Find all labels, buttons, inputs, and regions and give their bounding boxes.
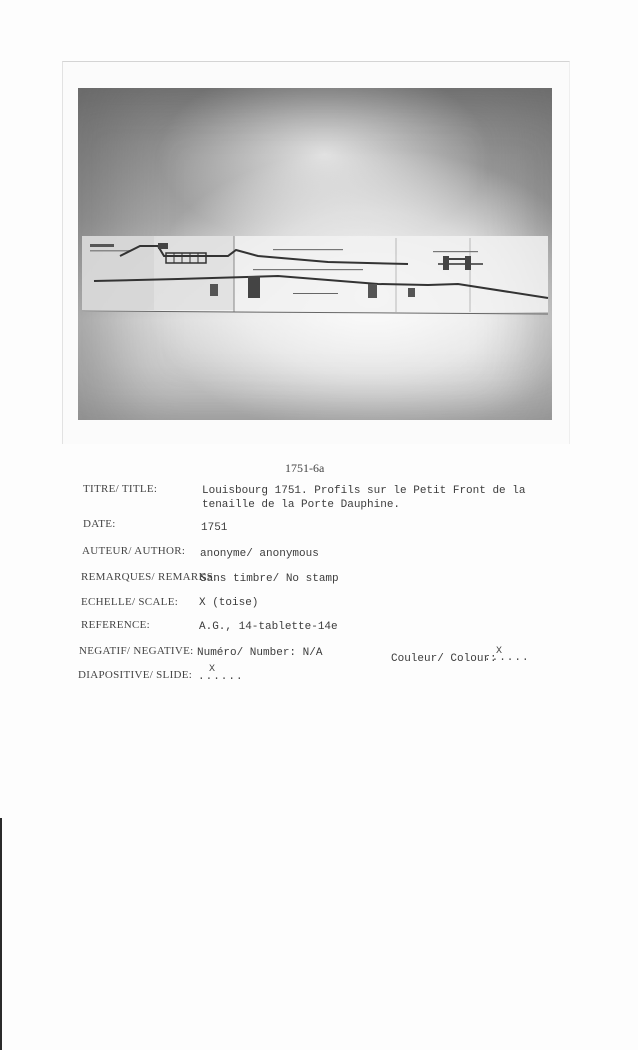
- scan-edge: [0, 818, 2, 1050]
- profile-drawing-sketch: [78, 88, 552, 420]
- date-label: DATE:: [83, 518, 116, 530]
- archival-photograph: [78, 88, 552, 420]
- negative-label: NEGATIF/ NEGATIVE:: [79, 645, 193, 657]
- scale-value: X (toise): [199, 597, 258, 609]
- colour-dots: ......: [484, 652, 530, 664]
- author-label: AUTEUR/ AUTHOR:: [82, 545, 185, 557]
- title-label: TITRE/ TITLE:: [83, 483, 157, 495]
- title-value-line1: Louisbourg 1751. Profils sur le Petit Fr…: [202, 485, 525, 497]
- scale-label: ECHELLE/ SCALE:: [81, 596, 178, 608]
- reference-value: A.G., 14-tablette-14e: [199, 621, 338, 633]
- remarks-label: REMARQUES/ REMARKS:: [81, 571, 217, 583]
- reference-label: REFERENCE:: [81, 619, 150, 631]
- colour-label: Couleur/ Colour:: [391, 653, 497, 665]
- negative-value: Numéro/ Number: N/A: [197, 647, 322, 659]
- slide-label: DIAPOSITIVE/ SLIDE:: [78, 669, 192, 681]
- author-value: anonyme/ anonymous: [200, 548, 319, 560]
- title-value-line2: tenaille de la Porte Dauphine.: [202, 499, 400, 511]
- date-value: 1751: [201, 522, 227, 534]
- remarks-value: Sans timbre/ No stamp: [200, 573, 339, 585]
- reference-number: 1751-6a: [285, 461, 324, 476]
- slide-dots: ......: [198, 671, 244, 683]
